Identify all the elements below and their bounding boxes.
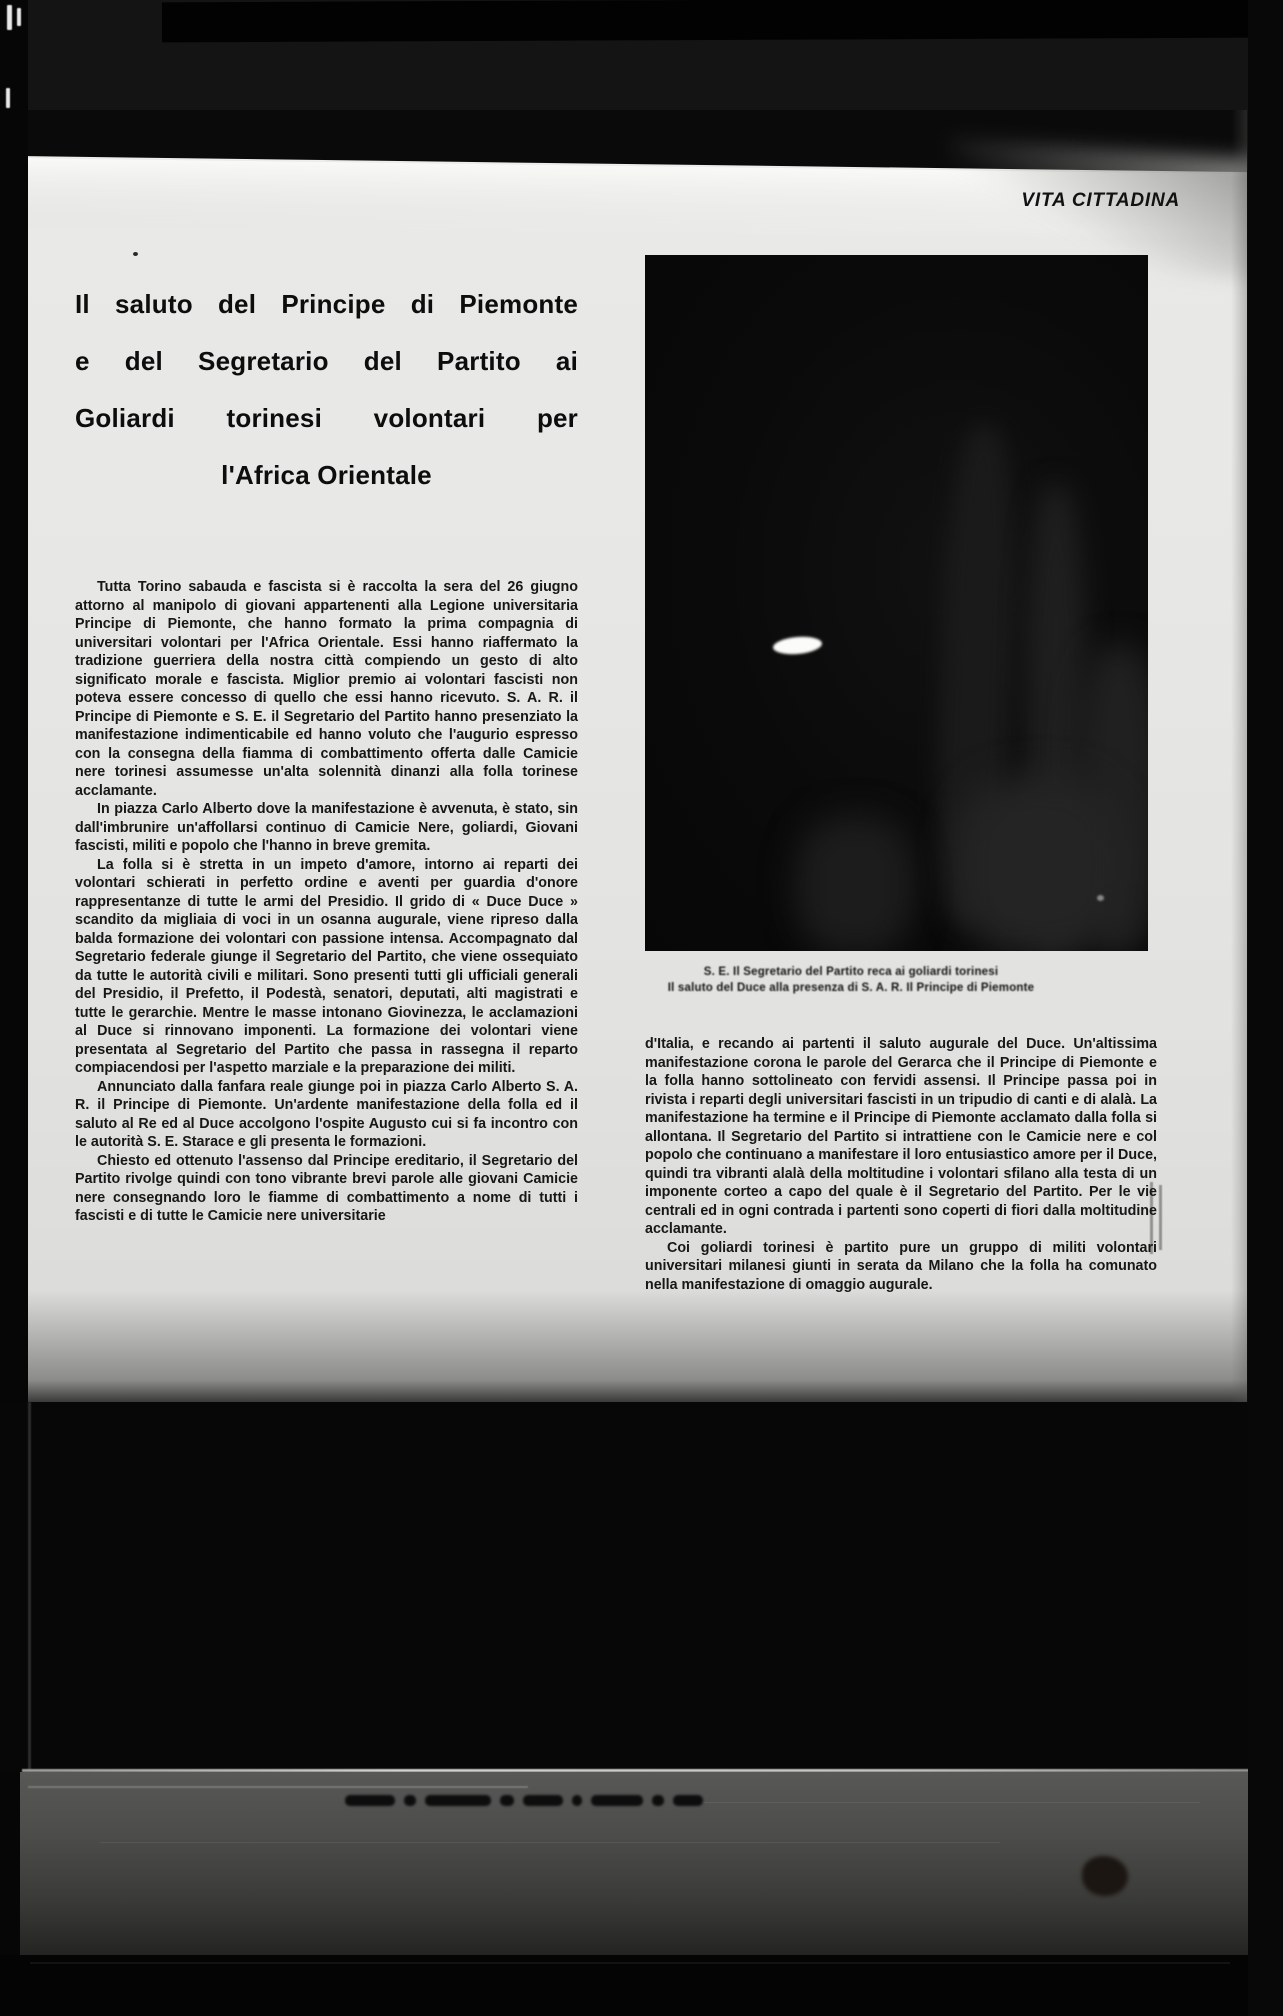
photo-figure-silhouette	[955, 775, 1125, 951]
scan-top-dark-strip	[162, 0, 1252, 42]
paragraph: La folla si è stretta in un impeto d'amo…	[75, 856, 578, 1078]
photo-highlight-speck	[1097, 895, 1104, 901]
photo-caption: S. E. Il Segretario del Partito reca ai …	[598, 964, 1104, 996]
scanned-magazine-page: { "colors": { "paper": "#e7e7e5", "ink":…	[0, 0, 1283, 2016]
article-title-line: Il saluto del Principe di Piemonte	[75, 276, 578, 333]
scan-scratch	[100, 1842, 1000, 1843]
scan-edge-line	[28, 1402, 31, 1772]
illegible-caption-smear	[345, 1792, 705, 1808]
photo-highlight-blob	[772, 635, 822, 656]
article-photo	[645, 255, 1148, 951]
scan-bottom-black	[0, 1402, 1283, 1772]
paper-right-shade	[1231, 110, 1247, 1402]
film-tick-mark	[17, 8, 21, 26]
photo-figure-silhouette	[795, 815, 915, 951]
scan-bottom-foot	[0, 1955, 1283, 2016]
scan-right-edge	[1248, 0, 1283, 2016]
photo-caption-line: Il saluto del Duce alla presenza di S. A…	[598, 980, 1104, 996]
photo-caption-line: S. E. Il Segretario del Partito reca ai …	[598, 964, 1104, 980]
scan-strip-line	[28, 1786, 528, 1788]
scan-scratch	[680, 1802, 1200, 1803]
scan-foot-line	[30, 1962, 1230, 1964]
article-title-line: Goliardi torinesi volontari per	[75, 390, 578, 447]
article-title: Il saluto del Principe di Piemonte e del…	[75, 276, 578, 504]
paragraph: Coi goliardi torinesi è partito pure un …	[645, 1239, 1157, 1295]
section-header: VITA CITTADINA	[880, 190, 1180, 212]
article-left-column: Tutta Torino sabauda e fascista si è rac…	[75, 578, 578, 1226]
paragraph: d'Italia, e recando ai partenti il salut…	[645, 1035, 1157, 1239]
article-title-line: e del Segretario del Partito ai	[75, 333, 578, 390]
page-number-blob	[1082, 1856, 1128, 1896]
article-title-line: l'Africa Orientale	[75, 447, 578, 504]
paragraph: Tutta Torino sabauda e fascista si è rac…	[75, 578, 578, 800]
film-tick-mark	[6, 88, 10, 108]
margin-mark	[1159, 1185, 1162, 1250]
paragraph: Chiesto ed ottenuto l'assenso dal Princi…	[75, 1152, 578, 1226]
paragraph: Annunciato dalla fanfara reale giunge po…	[75, 1078, 578, 1152]
film-tick-mark	[7, 5, 12, 30]
article-right-column: d'Italia, e recando ai partenti il salut…	[645, 1035, 1157, 1294]
ink-speck	[133, 252, 138, 256]
paragraph: In piazza Carlo Alberto dove la manifest…	[75, 800, 578, 856]
